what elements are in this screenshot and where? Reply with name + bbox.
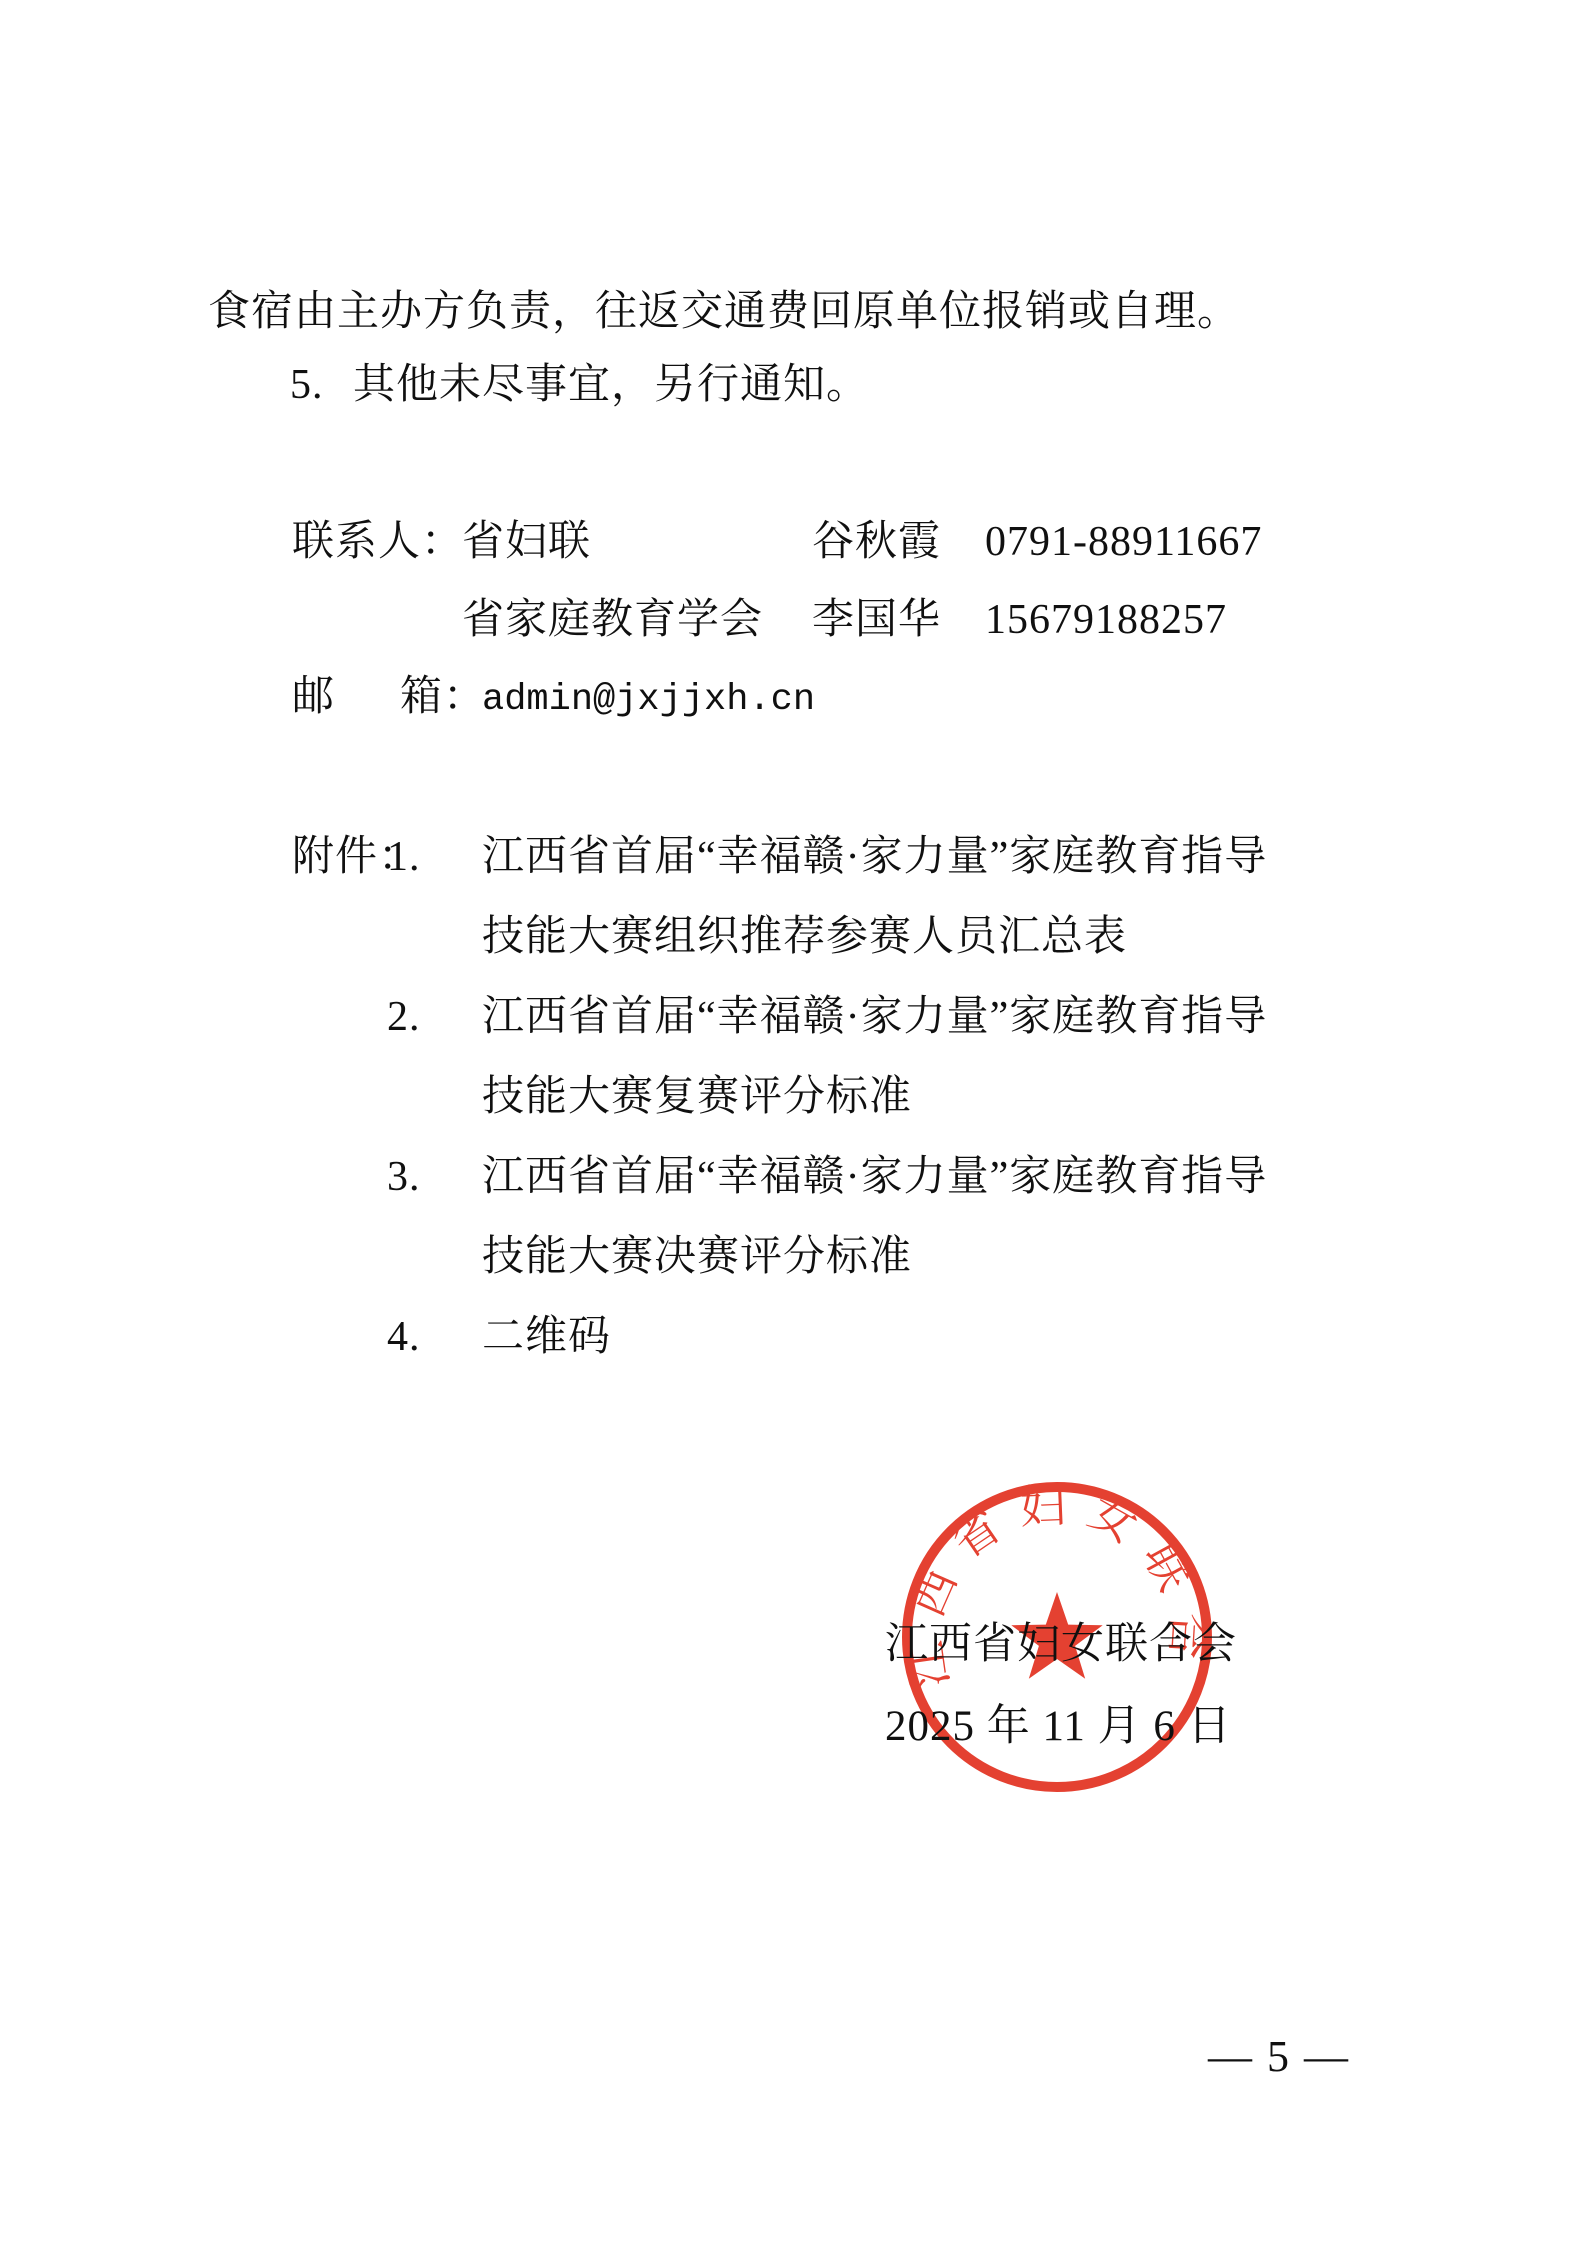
email-label-right: 箱： xyxy=(400,673,486,721)
attachment-2-line1: 江西省首届“幸福赣·家力量”家庭教育指导 xyxy=(482,993,1267,1041)
item5-number: 5. xyxy=(290,361,324,409)
document-page: 食宿由主办方负责，往返交通费回原单位报销或自理。 5. 其他未尽事宜，另行通知。… xyxy=(0,0,1587,2245)
attachment-3-line2: 技能大赛决赛评分标准 xyxy=(482,1233,912,1281)
signature-organization: 江西省妇女联合会 xyxy=(885,1620,1237,1669)
attachment-1-line1: 江西省首届“幸福赣·家力量”家庭教育指导 xyxy=(482,833,1267,881)
attachment-4-number: 4. xyxy=(387,1313,421,1361)
email-address: admin@jxjjxh.cn xyxy=(482,679,815,722)
item5-text: 其他未尽事宜，另行通知。 xyxy=(353,361,869,409)
contact-name-1: 谷秋霞 xyxy=(812,518,941,566)
contact-label: 联系人： xyxy=(292,518,464,566)
attachment-1-number: 1. xyxy=(387,833,421,881)
contact-phone-2: 15679188257 xyxy=(985,596,1227,644)
contact-org-2: 省家庭教育学会 xyxy=(462,596,763,644)
attachment-2-line2: 技能大赛复赛评分标准 xyxy=(482,1073,912,1121)
attachment-4-line1: 二维码 xyxy=(482,1313,611,1361)
attachment-2-number: 2. xyxy=(387,993,421,1041)
attachment-3-line1: 江西省首届“幸福赣·家力量”家庭教育指导 xyxy=(482,1153,1267,1201)
page-number: — 5 — xyxy=(1208,2032,1350,2083)
contact-name-2: 李国华 xyxy=(812,596,941,644)
signature-date: 2025 年 11 月 6 日 xyxy=(885,1702,1232,1751)
contact-org-1: 省妇联 xyxy=(462,518,591,566)
email-label-left: 邮 xyxy=(292,673,335,721)
attachment-1-line2: 技能大赛组织推荐参赛人员汇总表 xyxy=(482,913,1127,961)
attachment-3-number: 3. xyxy=(387,1153,421,1201)
contact-phone-1: 0791-88911667 xyxy=(985,518,1262,566)
body-paragraph-continuation: 食宿由主办方负责，往返交通费回原单位报销或自理。 xyxy=(208,288,1240,336)
